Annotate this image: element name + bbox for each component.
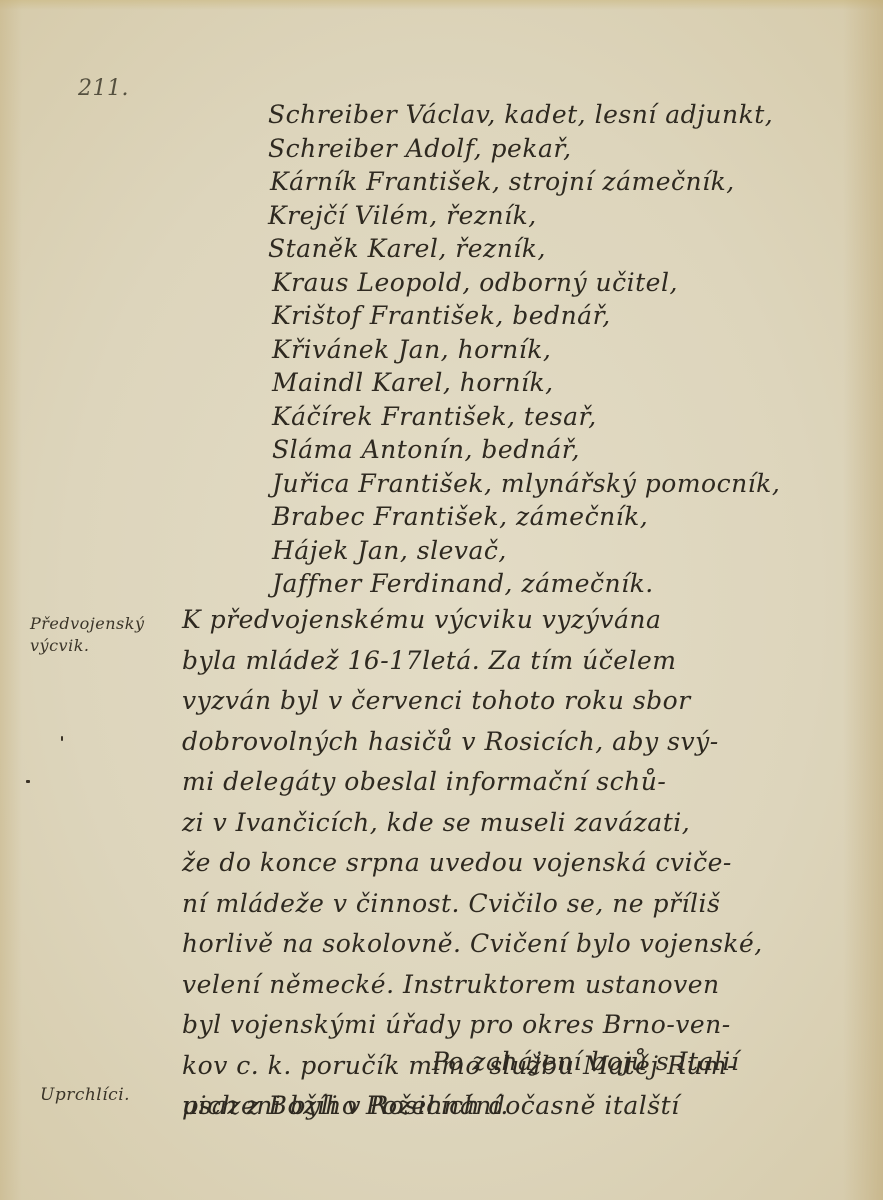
paragraph-line: mi delegáty obeslal informační schů-	[182, 762, 763, 803]
list-item: Maindl Karel, horník,	[268, 366, 780, 400]
paragraph-line: zi v Ivančicích, kde se museli zavázati,	[182, 803, 763, 844]
paragraph-line: že do konce srpna uvedou vojenská cviče-	[182, 843, 763, 884]
paragraph-line: byla mládež 16-17letá. Za tím účelem	[182, 641, 763, 682]
paragraph-line: usazeni byli v Rosicích dočasně italští	[182, 1084, 739, 1128]
paragraph-uprchlici: Po zahájení bojů s Italií usazeni byli v…	[182, 1040, 739, 1128]
list-item: Sláma Antonín, bednář,	[268, 433, 780, 467]
margin-label-line: výcvik.	[30, 635, 144, 657]
list-item: Hájek Jan, slevač,	[268, 534, 780, 568]
paragraph-line: K předvojenskému výcviku vyzývána	[182, 600, 763, 641]
paragraph-line: dobrovolných hasičů v Rosicích, aby svý-	[182, 722, 763, 763]
ink-speck	[61, 736, 63, 741]
page-number: 211.	[78, 76, 129, 101]
paragraph-line: ní mládeže v činnost. Cvičilo se, ne pří…	[182, 884, 763, 925]
list-item: Křivánek Jan, horník,	[268, 333, 780, 367]
list-item: Juřica František, mlynářský pomocník,	[268, 467, 780, 501]
list-item: Krejčí Vilém, řezník,	[268, 199, 780, 233]
margin-label-predvojensky-vycvik: Předvojenský výcvik.	[30, 613, 144, 657]
margin-label-uprchlici: Uprchlíci.	[40, 1084, 130, 1106]
list-item: Brabec František, zámečník,	[268, 500, 780, 534]
list-item: Staněk Karel, řezník,	[268, 232, 780, 266]
list-item: Schreiber Adolf, pekař,	[268, 132, 780, 166]
margin-label-line: Předvojenský	[30, 613, 144, 635]
list-item: Schreiber Václav, kadet, lesní adjunkt,	[268, 98, 780, 132]
ink-speck	[26, 780, 30, 783]
paragraph-line: vyzván byl v červenci tohoto roku sbor	[182, 681, 763, 722]
list-item: Jaffner Ferdinand, zámečník.	[268, 567, 780, 601]
paragraph-line: velení německé. Instruktorem ustanoven	[182, 965, 763, 1006]
paragraph-line: Po zahájení bojů s Italií	[182, 1040, 739, 1084]
name-occupation-list: Schreiber Václav, kadet, lesní adjunkt, …	[268, 98, 780, 601]
list-item: Kraus Leopold, odborný učitel,	[268, 266, 780, 300]
manuscript-page: 211. Schreiber Václav, kadet, lesní adju…	[0, 0, 883, 1200]
list-item: Krištof František, bednář,	[268, 299, 780, 333]
list-item: Káčírek František, tesař,	[268, 400, 780, 434]
paragraph-line: horlivě na sokolovně. Cvičení bylo vojen…	[182, 924, 763, 965]
margin-label-line: Uprchlíci.	[40, 1084, 130, 1106]
list-item: Kárník František, strojní zámečník,	[268, 165, 780, 199]
